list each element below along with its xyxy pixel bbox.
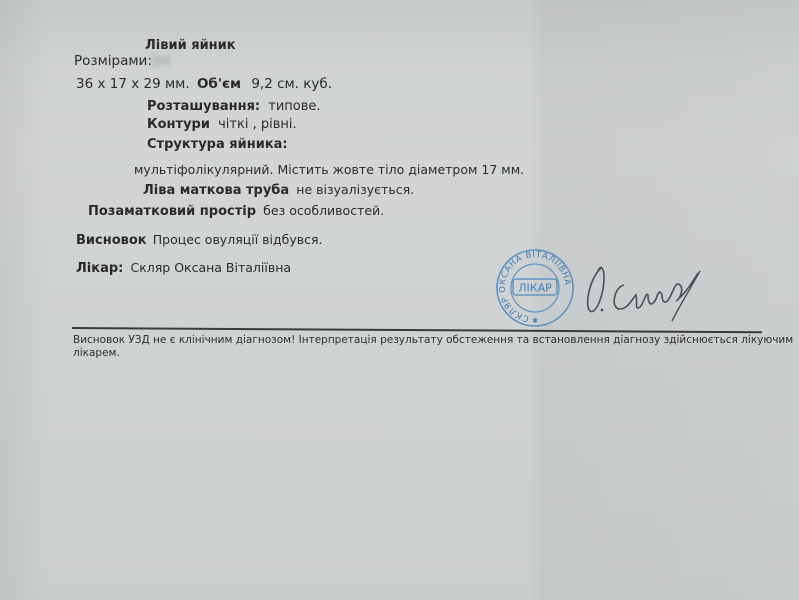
doctor-stamp: СКЛЯР ОКСАНА ВІТАЛІЇВНА ЛІКАР ✱	[494, 248, 576, 328]
stamp-center-text: ЛІКАР	[518, 282, 552, 295]
left-tube-value: не візуалізується.	[296, 182, 414, 197]
left-tube-label: Ліва маткова труба	[143, 183, 289, 198]
contours-line: Контури чіткі , рівні.	[147, 117, 297, 132]
contours-label: Контури	[147, 117, 210, 132]
disclaimer-line-1: Висновок УЗД не є клінічним діагнозом! І…	[73, 334, 793, 346]
retro-space-value: без особливостей.	[263, 203, 384, 218]
location-line: Розташування: типове.	[147, 99, 321, 114]
location-label: Розташування:	[147, 99, 260, 114]
conclusion-line: Висновок Процес овуляції відбувся.	[76, 232, 322, 248]
contours-value: чіткі , рівні.	[218, 117, 297, 132]
volume-value: 9,2 см. куб.	[251, 76, 332, 92]
location-value: типове.	[268, 99, 320, 114]
dimensions-value: 36 х 17 х 29 мм.	[76, 76, 190, 92]
conclusion-label: Висновок	[76, 233, 147, 248]
stamp-star-icon: ✱	[532, 317, 538, 325]
conclusion-value: Процес овуляції відбувся.	[153, 232, 323, 247]
doctor-value: Скляр Оксана Віталіївна	[131, 260, 292, 275]
doctor-label: Лікар:	[76, 261, 123, 276]
retro-space-line: Позаматковий простір без особливостей.	[88, 203, 384, 219]
blurred-text: ЗМ	[150, 55, 170, 70]
signature	[580, 255, 730, 325]
dimensions-label: Розмірами:	[74, 53, 152, 69]
retro-space-label: Позаматковий простір	[88, 204, 256, 219]
structure-value: мультіфолікулярний. Містить жовте тіло д…	[134, 162, 524, 177]
divider-line	[72, 327, 762, 333]
structure-label: Структура яйника:	[147, 137, 288, 152]
volume-label: Об'єм	[197, 76, 241, 92]
paper-sheet: Лівий яйник Розмірами: ЗМ 36 х 17 х 29 м…	[0, 0, 799, 600]
doctor-line: Лікар: Скляр Оксана Віталіївна	[76, 260, 291, 276]
disclaimer-line-2: лікарем.	[73, 347, 120, 359]
section-title: Лівий яйник	[145, 38, 236, 53]
left-tube-line: Ліва маткова труба не візуалізується.	[143, 182, 414, 198]
dimensions-line: 36 х 17 х 29 мм. Об'єм 9,2 см. куб.	[76, 76, 332, 92]
